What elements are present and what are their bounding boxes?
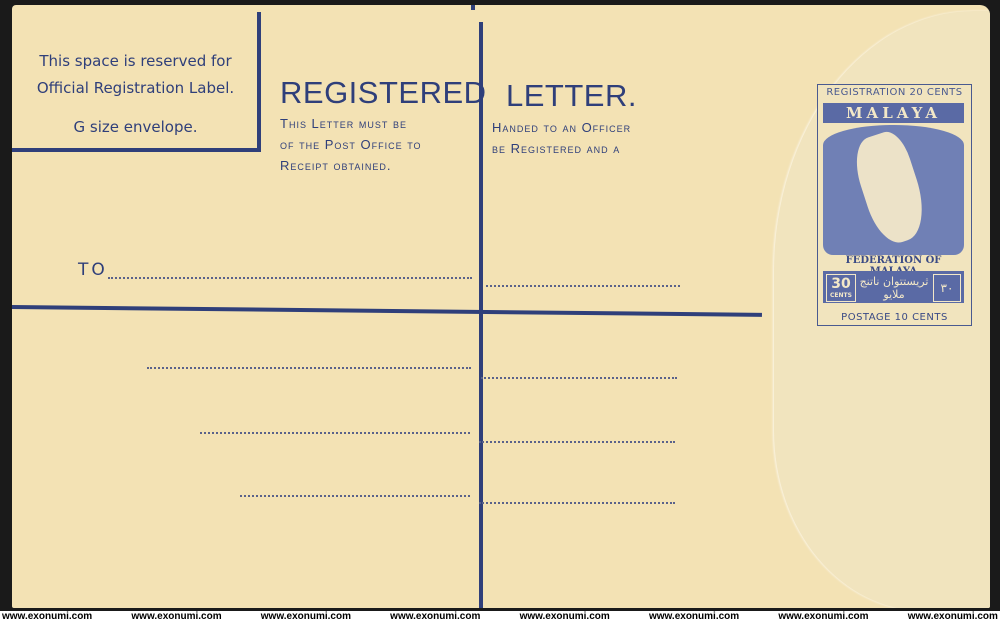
watermark: www.exonumi.com — [520, 611, 610, 625]
watermark: www.exonumi.com — [649, 611, 739, 625]
stamp-value-panel: 30CENTS ثريستتوان ناتنج ملايو ٣٠ — [823, 271, 964, 303]
watermark: www.exonumi.com — [908, 611, 998, 625]
notice-left-line2: of the Post Office to — [280, 134, 422, 155]
registration-label-box: This space is reserved for Official Regi… — [12, 5, 259, 148]
title-letter: LETTER. — [506, 78, 637, 114]
watermark: www.exonumi.com — [131, 611, 221, 625]
malaya-map-icon — [823, 125, 964, 255]
notice-right: Handed to an Officer be Registered and a — [492, 117, 631, 159]
notice-left-line1: This Letter must be — [280, 113, 422, 134]
stamp-banner: MALAYA — [823, 103, 964, 123]
divider-top-stub — [471, 5, 475, 10]
stamp-value-right: ٣٠ — [933, 274, 961, 302]
notice-left-line3: Receipt obtained. — [280, 155, 422, 176]
watermark: www.exonumi.com — [778, 611, 868, 625]
stamp-value-left: 30CENTS — [826, 274, 856, 302]
stamp-postage-text: POSTAGE 10 CENTS — [818, 312, 971, 323]
label-box-line1: This space is reserved for — [12, 52, 259, 70]
watermark-footer: www.exonumi.com www.exonumi.com www.exon… — [0, 611, 1000, 625]
to-label: TO — [78, 260, 108, 280]
label-box-line2: Official Registration Label. — [12, 79, 259, 97]
address-line-1a[interactable] — [108, 277, 472, 279]
address-line-3b[interactable] — [479, 441, 675, 443]
title-registered: REGISTERED — [280, 75, 487, 111]
notice-left: This Letter must be of the Post Office t… — [280, 113, 422, 176]
stamp-jawi-text: ثريستتوان ناتنج ملايو — [859, 275, 929, 301]
address-line-4a[interactable] — [240, 495, 470, 497]
notice-right-line1: Handed to an Officer — [492, 117, 631, 138]
address-line-4b[interactable] — [479, 502, 675, 504]
watermark: www.exonumi.com — [2, 611, 92, 625]
label-box-line3: G size envelope. — [12, 118, 259, 136]
notice-right-line2: be Registered and a — [492, 138, 631, 159]
watermark: www.exonumi.com — [261, 611, 351, 625]
label-box-bottom-border — [12, 148, 261, 152]
stamp-registration-text: REGISTRATION 20 CENTS — [818, 87, 971, 98]
watermark: www.exonumi.com — [390, 611, 480, 625]
horizontal-divider — [12, 305, 762, 317]
label-box-right-border — [257, 12, 261, 152]
printed-stamp: REGISTRATION 20 CENTS MALAYA FEDERATION … — [817, 84, 972, 326]
address-line-2a[interactable] — [147, 367, 471, 369]
address-line-1b[interactable] — [486, 285, 680, 287]
address-line-2b[interactable] — [481, 377, 677, 379]
address-line-3a[interactable] — [200, 432, 470, 434]
